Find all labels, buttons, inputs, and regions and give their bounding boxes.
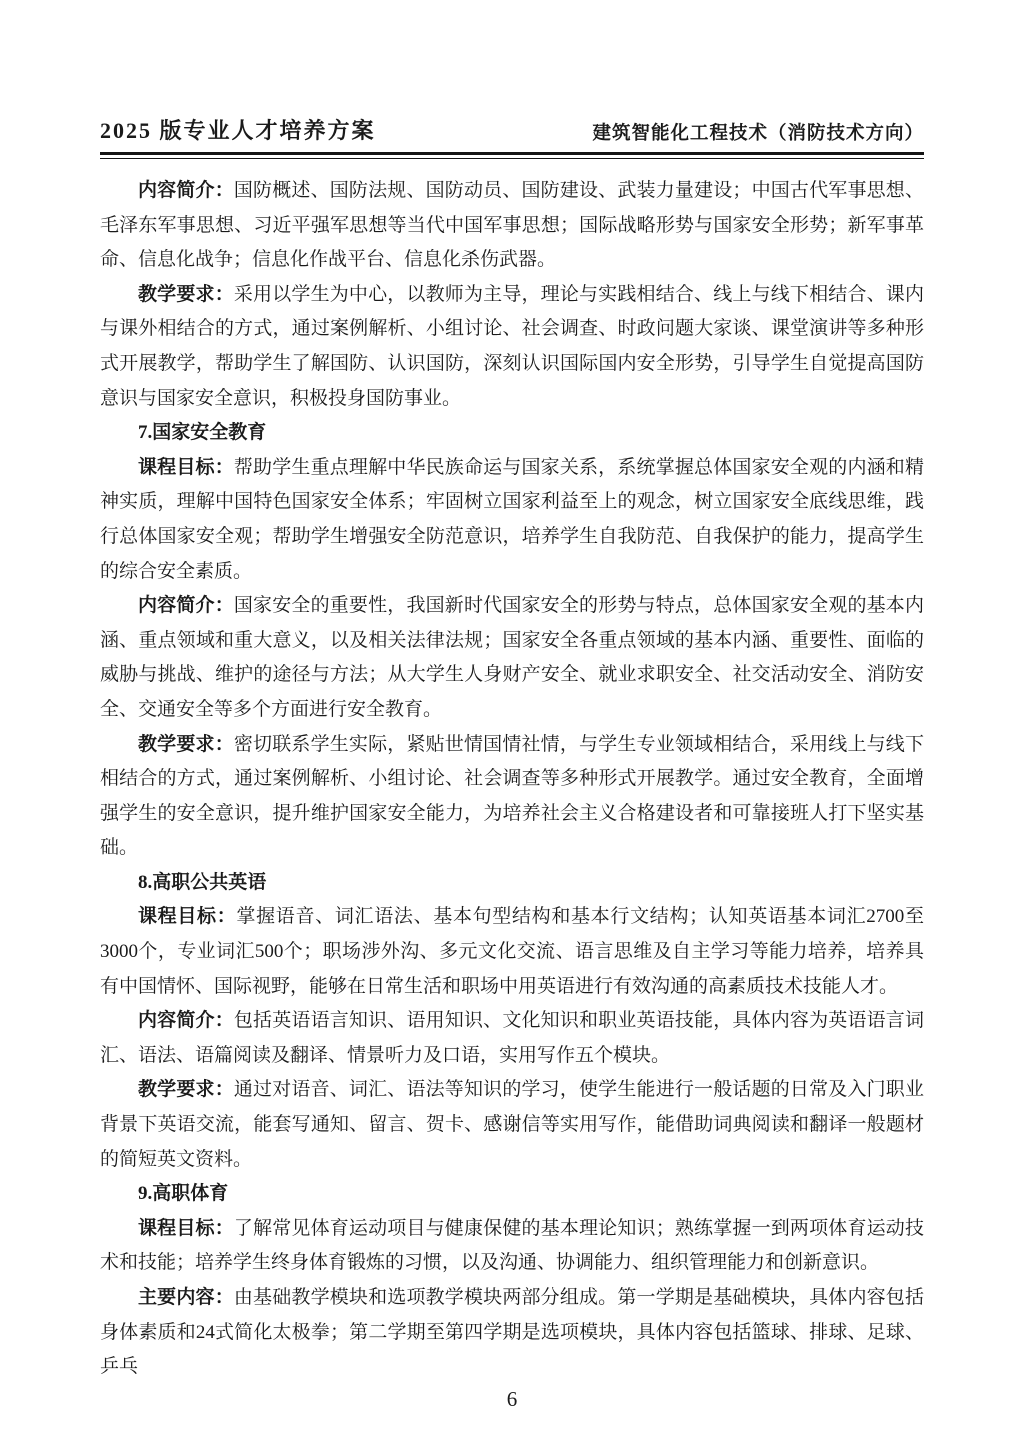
header-right-title: 建筑智能化工程技术（消防技术方向）	[592, 119, 924, 145]
section-heading-7-national-security: 7.国家安全教育	[100, 416, 924, 451]
paragraph-label: 课程目标：	[138, 1218, 234, 1239]
section-heading-8-english: 8.高职公共英语	[100, 866, 924, 901]
paragraph-teaching-req-english: 教学要求：通过对语音、词汇、语法等知识的学习，使学生能进行一般话题的日常及入门职…	[100, 1073, 924, 1177]
paragraph-content-intro-defense: 内容简介：国防概述、国防法规、国防动员、国防建设、武装力量建设；中国古代军事思想…	[100, 174, 924, 278]
document-body: 内容简介：国防概述、国防法规、国防动员、国防建设、武装力量建设；中国古代军事思想…	[100, 174, 924, 1385]
paragraph-course-goal-english: 课程目标：掌握语音、词汇语法、基本句型结构和基本行文结构；认知英语基本词汇270…	[100, 900, 924, 1004]
paragraph-label: 教学要求：	[138, 734, 234, 755]
header-rule	[100, 152, 924, 159]
paragraph-content-intro-security: 内容简介：国家安全的重要性，我国新时代国家安全的形势与特点，总体国家安全观的基本…	[100, 589, 924, 727]
header-left-title: 2025 版专业人才培养方案	[100, 114, 376, 145]
page-number: 6	[507, 1387, 518, 1411]
paragraph-main-content-pe: 主要内容：由基础教学模块和选项教学模块两部分组成。第一学期是基础模块，具体内容包…	[100, 1281, 924, 1385]
paragraph-label: 教学要求：	[138, 284, 234, 305]
paragraph-teaching-req-defense: 教学要求：采用以学生为中心，以教师为主导，理论与实践相结合、线上与线下相结合、课…	[100, 278, 924, 416]
paragraph-content-intro-english: 内容简介：包括英语语言知识、语用知识、文化知识和职业英语技能，具体内容为英语语言…	[100, 1004, 924, 1073]
paragraph-label: 内容简介：	[138, 180, 234, 201]
paragraph-label: 课程目标：	[138, 457, 234, 478]
page-footer: 6	[0, 1387, 1024, 1412]
paragraph-label: 主要内容：	[138, 1287, 234, 1308]
paragraph-course-goal-security: 课程目标：帮助学生重点理解中华民族命运与国家关系，系统掌握总体国家安全观的内涵和…	[100, 451, 924, 589]
paragraph-teaching-req-security: 教学要求：密切联系学生实际，紧贴世情国情社情，与学生专业领域相结合，采用线上与线…	[100, 728, 924, 866]
header-row: 2025 版专业人才培养方案 建筑智能化工程技术（消防技术方向）	[100, 114, 924, 145]
section-heading-9-pe: 9.高职体育	[100, 1177, 924, 1212]
paragraph-label: 内容简介：	[138, 1010, 234, 1031]
paragraph-label: 课程目标：	[138, 906, 236, 927]
paragraph-label: 内容简介：	[138, 595, 234, 616]
page-header: 2025 版专业人才培养方案 建筑智能化工程技术（消防技术方向）	[100, 114, 924, 159]
document-page: 2025 版专业人才培养方案 建筑智能化工程技术（消防技术方向） 内容简介：国防…	[0, 0, 1024, 1448]
paragraph-course-goal-pe: 课程目标：了解常见体育运动项目与健康保健的基本理论知识；熟练掌握一到两项体育运动…	[100, 1212, 924, 1281]
paragraph-label: 教学要求：	[138, 1079, 234, 1100]
